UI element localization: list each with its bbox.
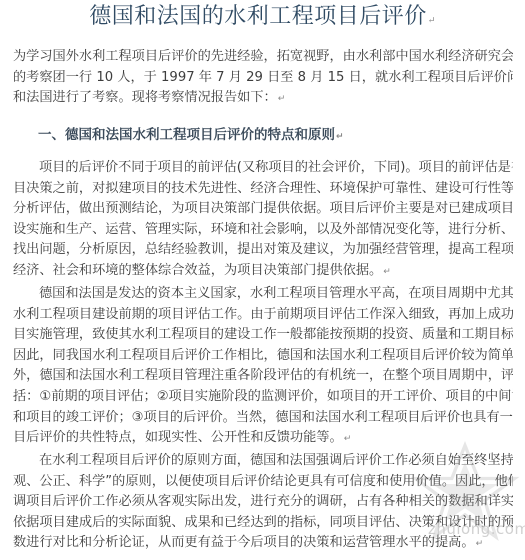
section-heading-text: 一、德国和法国水利工程项目后评价的特点和原则 — [38, 127, 335, 143]
para3-line-1: 在水利工程项目后评价的原则方面，德国和法国强调后评价工作必须自始至终坚持“客 — [13, 451, 513, 472]
paragraph-mark-icon: ↵ — [383, 267, 391, 277]
para3-line-3: 调项目后评价工作必须从客观实际出发，进行充分的调研，占有各种相关的数据和详实资料… — [13, 492, 513, 513]
document-page: 德国和法国的水利工程项目后评价↵ 为学习国外水利工程项目后评价的先进经验，拓宽视… — [0, 0, 525, 560]
para3-line-5-text: 数进行对比和分析论证，从而更有益于今后项目的决策和运营管理水平的提高。 — [13, 535, 475, 550]
paragraph-2: 德国和法国是发达的资本主义国家，水利工程项目管理水平高，在项目周期中尤其重视 水… — [13, 284, 513, 450]
intro-line-3-text: 和法国进行了考察。现将考察情况报告如下： — [13, 90, 277, 105]
intro-line-3: 和法国进行了考察。现将考察情况报告如下：↵ — [13, 88, 513, 110]
paragraph-mark-icon: ↵ — [428, 16, 436, 26]
intro-paragraph: 为学习国外水利工程项目后评价的先进经验，拓宽视野，由水利部中国水利经济研究会组织… — [13, 47, 513, 110]
section-heading: 一、德国和法国水利工程项目后评价的特点和原则↵ — [38, 124, 344, 148]
para2-line-8: 目后评价的共性特点，如现实性、公开性和反馈功能等。↵ — [13, 428, 513, 450]
para1-line-1: 项目的后评价不同于项目的前评估(又称项目的社会评价，下同)。项目的前评估是在项 — [13, 158, 513, 179]
para2-line-2: 水利工程项目建设前期的项目评估工作。由于前期项目评估工作深入细致，再加上成功的项 — [13, 305, 513, 326]
para2-line-4: 因此，同我国水利工程项目后评价工作相比，德国和法国水利工程项目后评价较为简单。另 — [13, 346, 513, 367]
para3-line-2: 观、公正、科学”的原则，以便使项目后评价结论更具有可信度和使用价值。因此，他们强 — [13, 472, 513, 493]
para2-line-6: 括：①前期的项目评估；②项目实施阶段的监测评价，如项目的开工评价、项目的中间评价 — [13, 387, 513, 408]
para1-line-2: 目决策之前，对拟建项目的技术先进性、经济合理性、环境保护可靠性、建设可行性等进行 — [13, 179, 513, 200]
para1-line-5: 找出问题，分析原因，总结经验教训，提出对策及建议，为加强经营管理，提高工程项目的 — [13, 240, 513, 261]
para1-line-6: 经济、社会和环境的整体综合效益，为项目决策部门提供依据。↵ — [13, 261, 513, 283]
intro-line-1: 为学习国外水利工程项目后评价的先进经验，拓宽视野，由水利部中国水利经济研究会组织 — [13, 47, 513, 68]
intro-line-2: 的考察团一行 10 人，于 1997 年 7 月 29 日至 8 月 15 日，… — [13, 68, 513, 89]
para1-line-4: 设实施和生产、运营、管理实际，环境和社会影响，以及外部情况变化等，进行分析、评价… — [13, 220, 513, 241]
para1-line-3: 分析评估，做出预测结论，为项目决策部门提供依据。项目后评价主要是对已建成项目的建 — [13, 199, 513, 220]
paragraph-mark-icon: ↵ — [336, 132, 344, 142]
para3-line-5: 数进行对比和分析论证，从而更有益于今后项目的决策和运营管理水平的提高。↵ — [13, 533, 513, 555]
paragraph-3: 在水利工程项目后评价的原则方面，德国和法国强调后评价工作必须自始至终坚持“客 观… — [13, 451, 513, 555]
paragraph-mark-icon: ↵ — [344, 434, 352, 444]
para2-line-7: 和项目的竣工评价；③项目的后评价。当然，德国和法国水利工程项目后评价也具有一般项 — [13, 408, 513, 429]
para2-line-5: 外，德国和法国水利工程项目管理注重各阶段评估的有机统一，在整个项目周期中，评估包 — [13, 366, 513, 387]
para2-line-1: 德国和法国是发达的资本主义国家，水利工程项目管理水平高，在项目周期中尤其重视 — [13, 284, 513, 305]
paragraph-1: 项目的后评价不同于项目的前评估(又称项目的社会评价，下同)。项目的前评估是在项 … — [13, 158, 513, 283]
document-title: 德国和法国的水利工程项目后评价↵ — [0, 2, 525, 36]
paragraph-mark-icon: ↵ — [278, 94, 286, 104]
para2-line-3: 目实施管理，致使其水利工程项目的建设工作一般都能按预期的投资、质量和工期目标实现… — [13, 325, 513, 346]
title-text: 德国和法国的水利工程项目后评价 — [89, 4, 427, 29]
para2-line-8-text: 目后评价的共性特点，如现实性、公开性和反馈功能等。 — [13, 430, 343, 445]
para1-line-6-text: 经济、社会和环境的整体综合效益，为项目决策部门提供依据。 — [13, 263, 382, 278]
paragraph-mark-icon: ↵ — [476, 539, 484, 549]
para3-line-4: 依据项目建成后的实际面貌、成果和已经达到的指标，同项目评估、决策和设计时的预期指 — [13, 513, 513, 534]
